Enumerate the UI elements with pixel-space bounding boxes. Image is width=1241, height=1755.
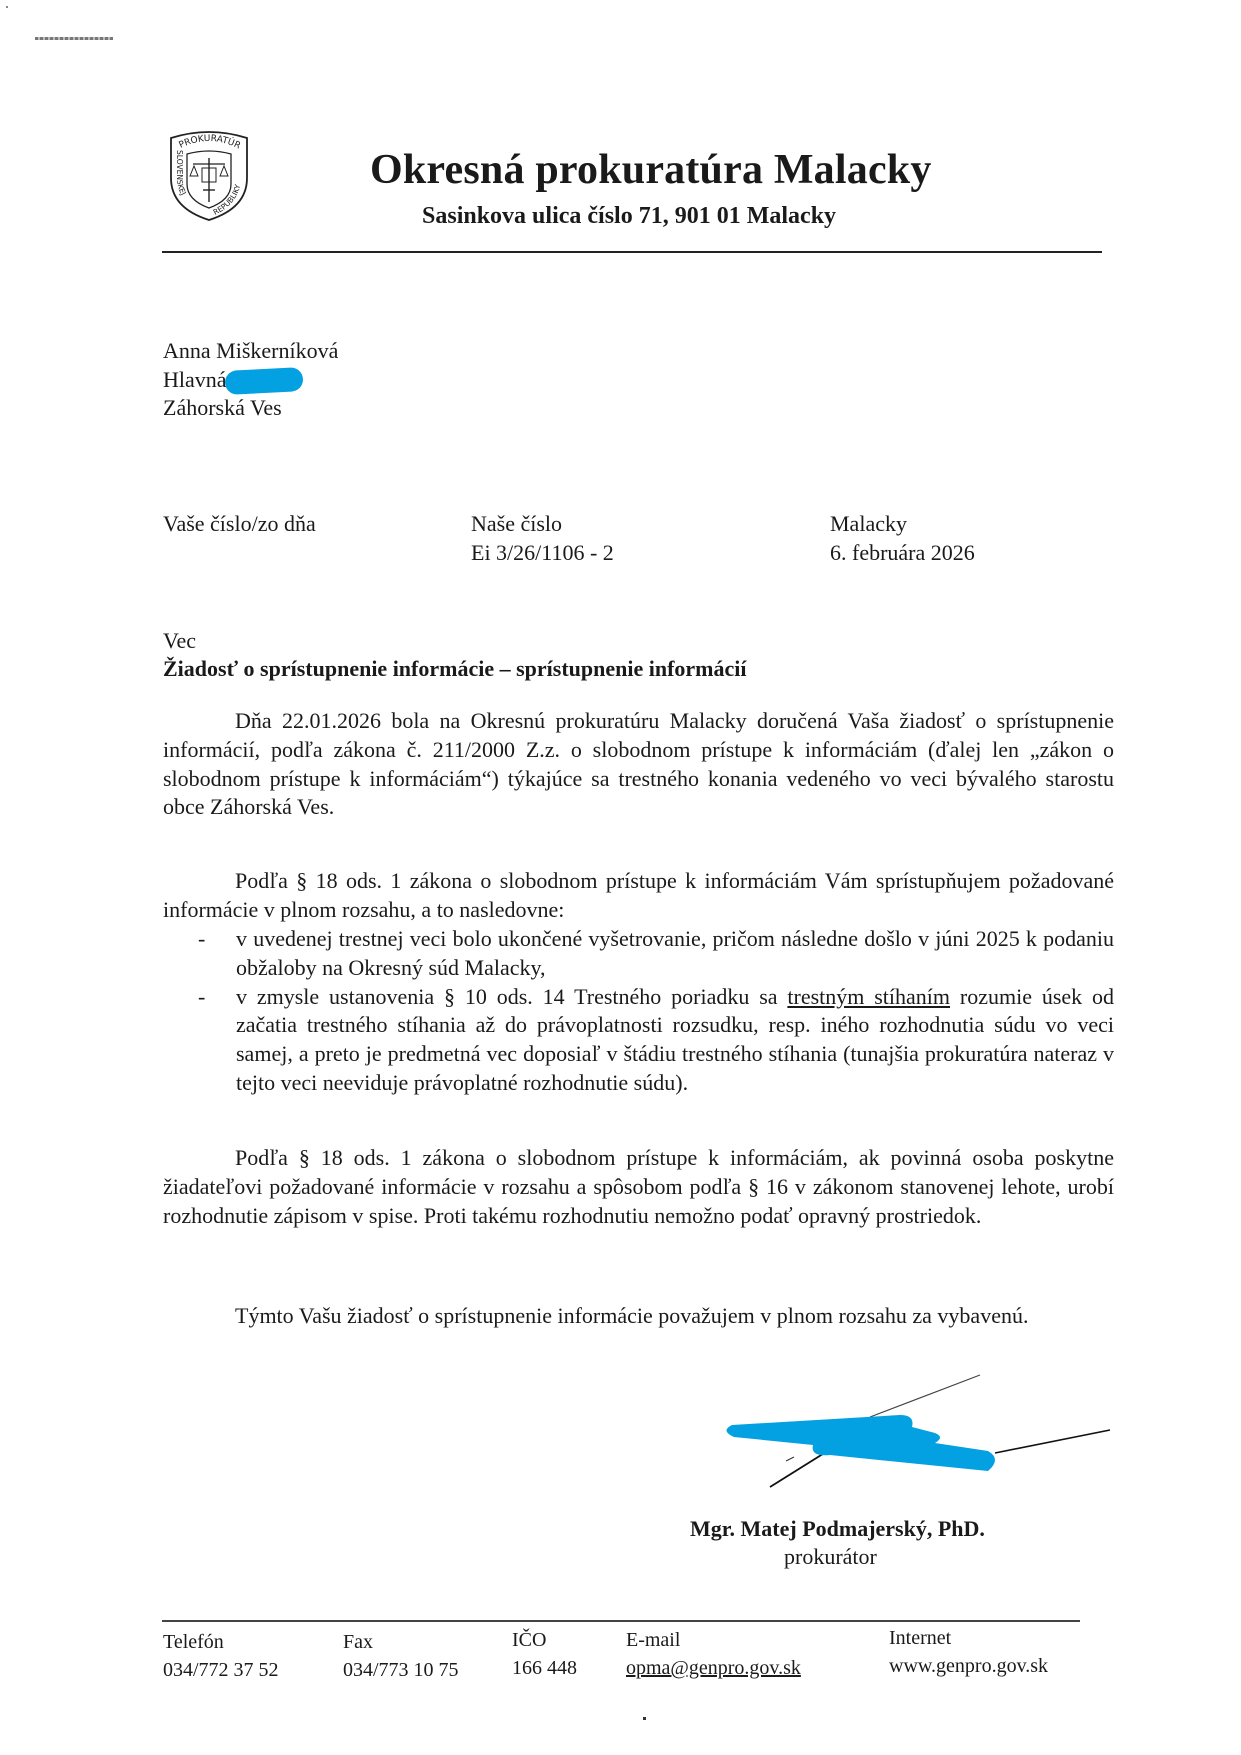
ico-value: 166 448 [512, 1654, 577, 1682]
internet-value: www.genpro.gov.sk [889, 1652, 1048, 1680]
signatory-role: prokurátor [784, 1544, 877, 1570]
email-label: E-mail [626, 1626, 801, 1654]
recipient-name: Anna Miškerníková [163, 337, 338, 366]
list-item: - v uvedenej trestnej veci bolo ukončené… [163, 925, 1114, 983]
place: Malacky [830, 509, 975, 538]
date: 6. februára 2026 [830, 538, 975, 567]
footer-phone: Telefón 034/772 37 52 [163, 1628, 279, 1684]
recipient-city: Záhorská Ves [163, 394, 338, 423]
paragraph-1: Dňa 22.01.2026 bola na Okresnú prokuratú… [163, 707, 1114, 822]
footer-email: E-mail opma@genpro.gov.sk [626, 1626, 801, 1682]
office-address: Sasinkova ulica číslo 71, 901 01 Malacky [422, 203, 836, 230]
recipient-street-line: Hlavná [163, 366, 338, 395]
prokuratura-emblem-icon: PROKURATÚRA SLOVENSKEJ REPUBLIKY [163, 128, 255, 222]
footer-fax: Fax 034/773 10 75 [343, 1628, 459, 1684]
your-reference-label: Vaše číslo/zo dňa [163, 509, 316, 538]
fax-label: Fax [343, 1628, 459, 1656]
redacted-signature [720, 1365, 1120, 1515]
scan-artifact-dot [6, 6, 8, 8]
scan-artifact-dot [643, 1717, 646, 1720]
fax-value: 034/773 10 75 [343, 1656, 459, 1684]
subject-title: Žiadosť o sprístupnenie informácie – spr… [163, 656, 747, 682]
your-reference: Vaše číslo/zo dňa [163, 509, 316, 538]
header-divider [162, 251, 1102, 253]
internet-label: Internet [889, 1624, 1048, 1652]
phone-label: Telefón [163, 1628, 279, 1656]
paragraph-4: Týmto Vašu žiadosť o sprístupnenie infor… [163, 1302, 1114, 1331]
bullet-list: - v uvedenej trestnej veci bolo ukončené… [163, 925, 1114, 1098]
phone-value: 034/772 37 52 [163, 1656, 279, 1684]
place-date: Malacky 6. februára 2026 [830, 509, 975, 567]
signatory-name: Mgr. Matej Podmajerský, PhD. [690, 1516, 985, 1542]
bullet-text-before: v zmysle ustanovenia § 10 ods. 14 Trestn… [236, 984, 787, 1009]
subject-label: Vec [163, 628, 196, 654]
our-reference-label: Naše číslo [471, 509, 614, 538]
footer-divider [162, 1620, 1080, 1622]
bullet-text-underlined: trestným stíhaním [787, 984, 950, 1009]
bullet-dash: - [198, 983, 205, 1012]
footer-internet: Internet www.genpro.gov.sk [889, 1624, 1048, 1680]
our-reference-value: Ei 3/26/1106 - 2 [471, 538, 614, 567]
bullet-dash: - [198, 925, 205, 954]
recipient-street: Hlavná [163, 367, 227, 392]
email-link[interactable]: opma@genpro.gov.sk [626, 1654, 801, 1682]
paragraph-3: Podľa § 18 ods. 1 zákona o slobodnom prí… [163, 1144, 1114, 1230]
redaction-mark [224, 367, 303, 395]
svg-text:SLOVENSKEJ: SLOVENSKEJ [175, 150, 188, 197]
bullet-text: v uvedenej trestnej veci bolo ukončené v… [236, 926, 1114, 980]
footer-ico: IČO 166 448 [512, 1626, 577, 1682]
office-title: Okresná prokuratúra Malacky [370, 146, 932, 194]
ico-label: IČO [512, 1626, 577, 1654]
our-reference: Naše číslo Ei 3/26/1106 - 2 [471, 509, 614, 567]
redaction-mark [726, 1415, 995, 1471]
paragraph-2: Podľa § 18 ods. 1 zákona o slobodnom prí… [163, 867, 1114, 925]
scan-artifact-mark [35, 37, 113, 40]
recipient-address: Anna Miškerníková Hlavná Záhorská Ves [163, 337, 338, 423]
list-item: - v zmysle ustanovenia § 10 ods. 14 Tres… [163, 983, 1114, 1098]
